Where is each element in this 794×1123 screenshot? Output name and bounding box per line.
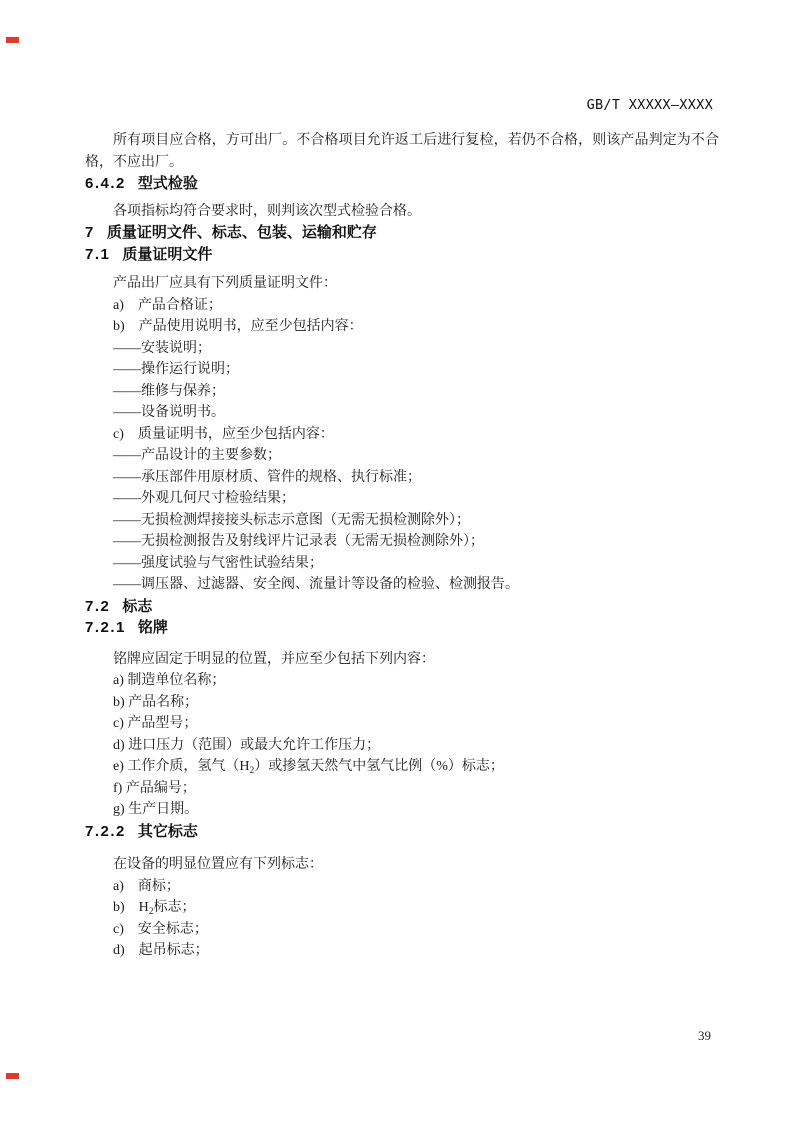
list-item: c) 质量证明书，应至少包括内容：: [85, 424, 719, 446]
list-item: a) 制造单位名称；: [85, 670, 719, 692]
list-item: b) 产品名称；: [85, 692, 719, 714]
list-item: ——安装说明；: [85, 338, 719, 360]
list-item: a) 产品合格证；: [85, 295, 719, 317]
list-item: c) 安全标志；: [85, 919, 719, 941]
list-item: g) 生产日期。: [85, 799, 719, 821]
list-item: b) 产品使用说明书，应至少包括内容：: [85, 316, 719, 338]
clause-number: 7.1: [85, 246, 110, 263]
list-item: ——维修与保养；: [85, 381, 719, 403]
clause-heading-7-2-1: 7.2.1铭牌: [85, 617, 719, 639]
clause-number: 7.2: [85, 598, 110, 615]
clause-title: 标志: [122, 598, 152, 615]
list-item: ——产品设计的主要参数；: [85, 445, 719, 467]
paragraph-quality-docs-intro: 产品出厂应具有下列质量证明文件：: [85, 273, 719, 295]
paragraph-factory-release: 所有项目应合格，方可出厂。不合格项目允许返工后进行复检，若仍不合格，则该产品判定…: [85, 130, 719, 173]
list-item: ——外观几何尺寸检验结果；: [85, 488, 719, 510]
clause-heading-7-2: 7.2标志: [85, 596, 719, 618]
clause-number: 7: [85, 224, 95, 241]
paragraph-nameplate-intro: 铭牌应固定于明显的位置，并应至少包括下列内容：: [85, 649, 719, 671]
clause-title: 质量证明文件、标志、包装、运输和贮存: [107, 224, 377, 241]
clause-number: 7.2.2: [85, 823, 126, 840]
clause-heading-6-4-2: 6.4.2型式检验: [85, 173, 719, 195]
list-item: ——强度试验与气密性试验结果；: [85, 553, 719, 575]
list-item: a) 商标；: [85, 876, 719, 898]
clause-title: 质量证明文件: [122, 246, 212, 263]
clause-heading-7: 7质量证明文件、标志、包装、运输和贮存: [85, 222, 719, 244]
list-item: ——调压器、过滤器、安全阀、流量计等设备的检验、检测报告。: [85, 574, 719, 596]
revision-mark-top: [6, 37, 19, 43]
list-item: c) 产品型号；: [85, 713, 719, 735]
list-item: ——承压部件用原材质、管件的规格、执行标准；: [85, 467, 719, 489]
list-item: ——设备说明书。: [85, 402, 719, 424]
clause-title: 其它标志: [138, 823, 198, 840]
list-item: b) H2标志；: [85, 897, 719, 919]
clause-number: 6.4.2: [85, 175, 126, 192]
paragraph-type-inspection: 各项指标均符合要求时，则判该次型式检验合格。: [85, 201, 719, 223]
document-page: GB/T XXXXX—XXXX 所有项目应合格，方可出厂。不合格项目允许返工后进…: [0, 0, 794, 1123]
list-item: d) 进口压力（范围）或最大允许工作压力；: [85, 735, 719, 757]
list-item: ——无损检测报告及射线评片记录表（无需无损检测除外）；: [85, 531, 719, 553]
clause-heading-7-2-2: 7.2.2其它标志: [85, 821, 719, 843]
document-body: 所有项目应合格，方可出厂。不合格项目允许返工后进行复检，若仍不合格，则该产品判定…: [85, 130, 719, 962]
clause-heading-7-1: 7.1质量证明文件: [85, 244, 719, 266]
clause-number: 7.2.1: [85, 619, 126, 636]
list-item: e) 工作介质，氢气（H2）或掺氢天然气中氢气比例（%）标志；: [85, 756, 719, 778]
list-item: ——无损检测焊接接头标志示意图（无需无损检测除外）；: [85, 510, 719, 532]
clause-title: 型式检验: [138, 175, 198, 192]
paragraph-other-marks-intro: 在设备的明显位置应有下列标志：: [85, 854, 719, 876]
list-item: ——操作运行说明；: [85, 359, 719, 381]
list-item: d) 起吊标志；: [85, 940, 719, 962]
revision-mark-bottom: [6, 1073, 19, 1079]
page-number: 39: [698, 1028, 711, 1044]
clause-title: 铭牌: [138, 619, 168, 636]
list-item: f) 产品编号；: [85, 778, 719, 800]
standard-number-header: GB/T XXXXX—XXXX: [587, 97, 713, 113]
